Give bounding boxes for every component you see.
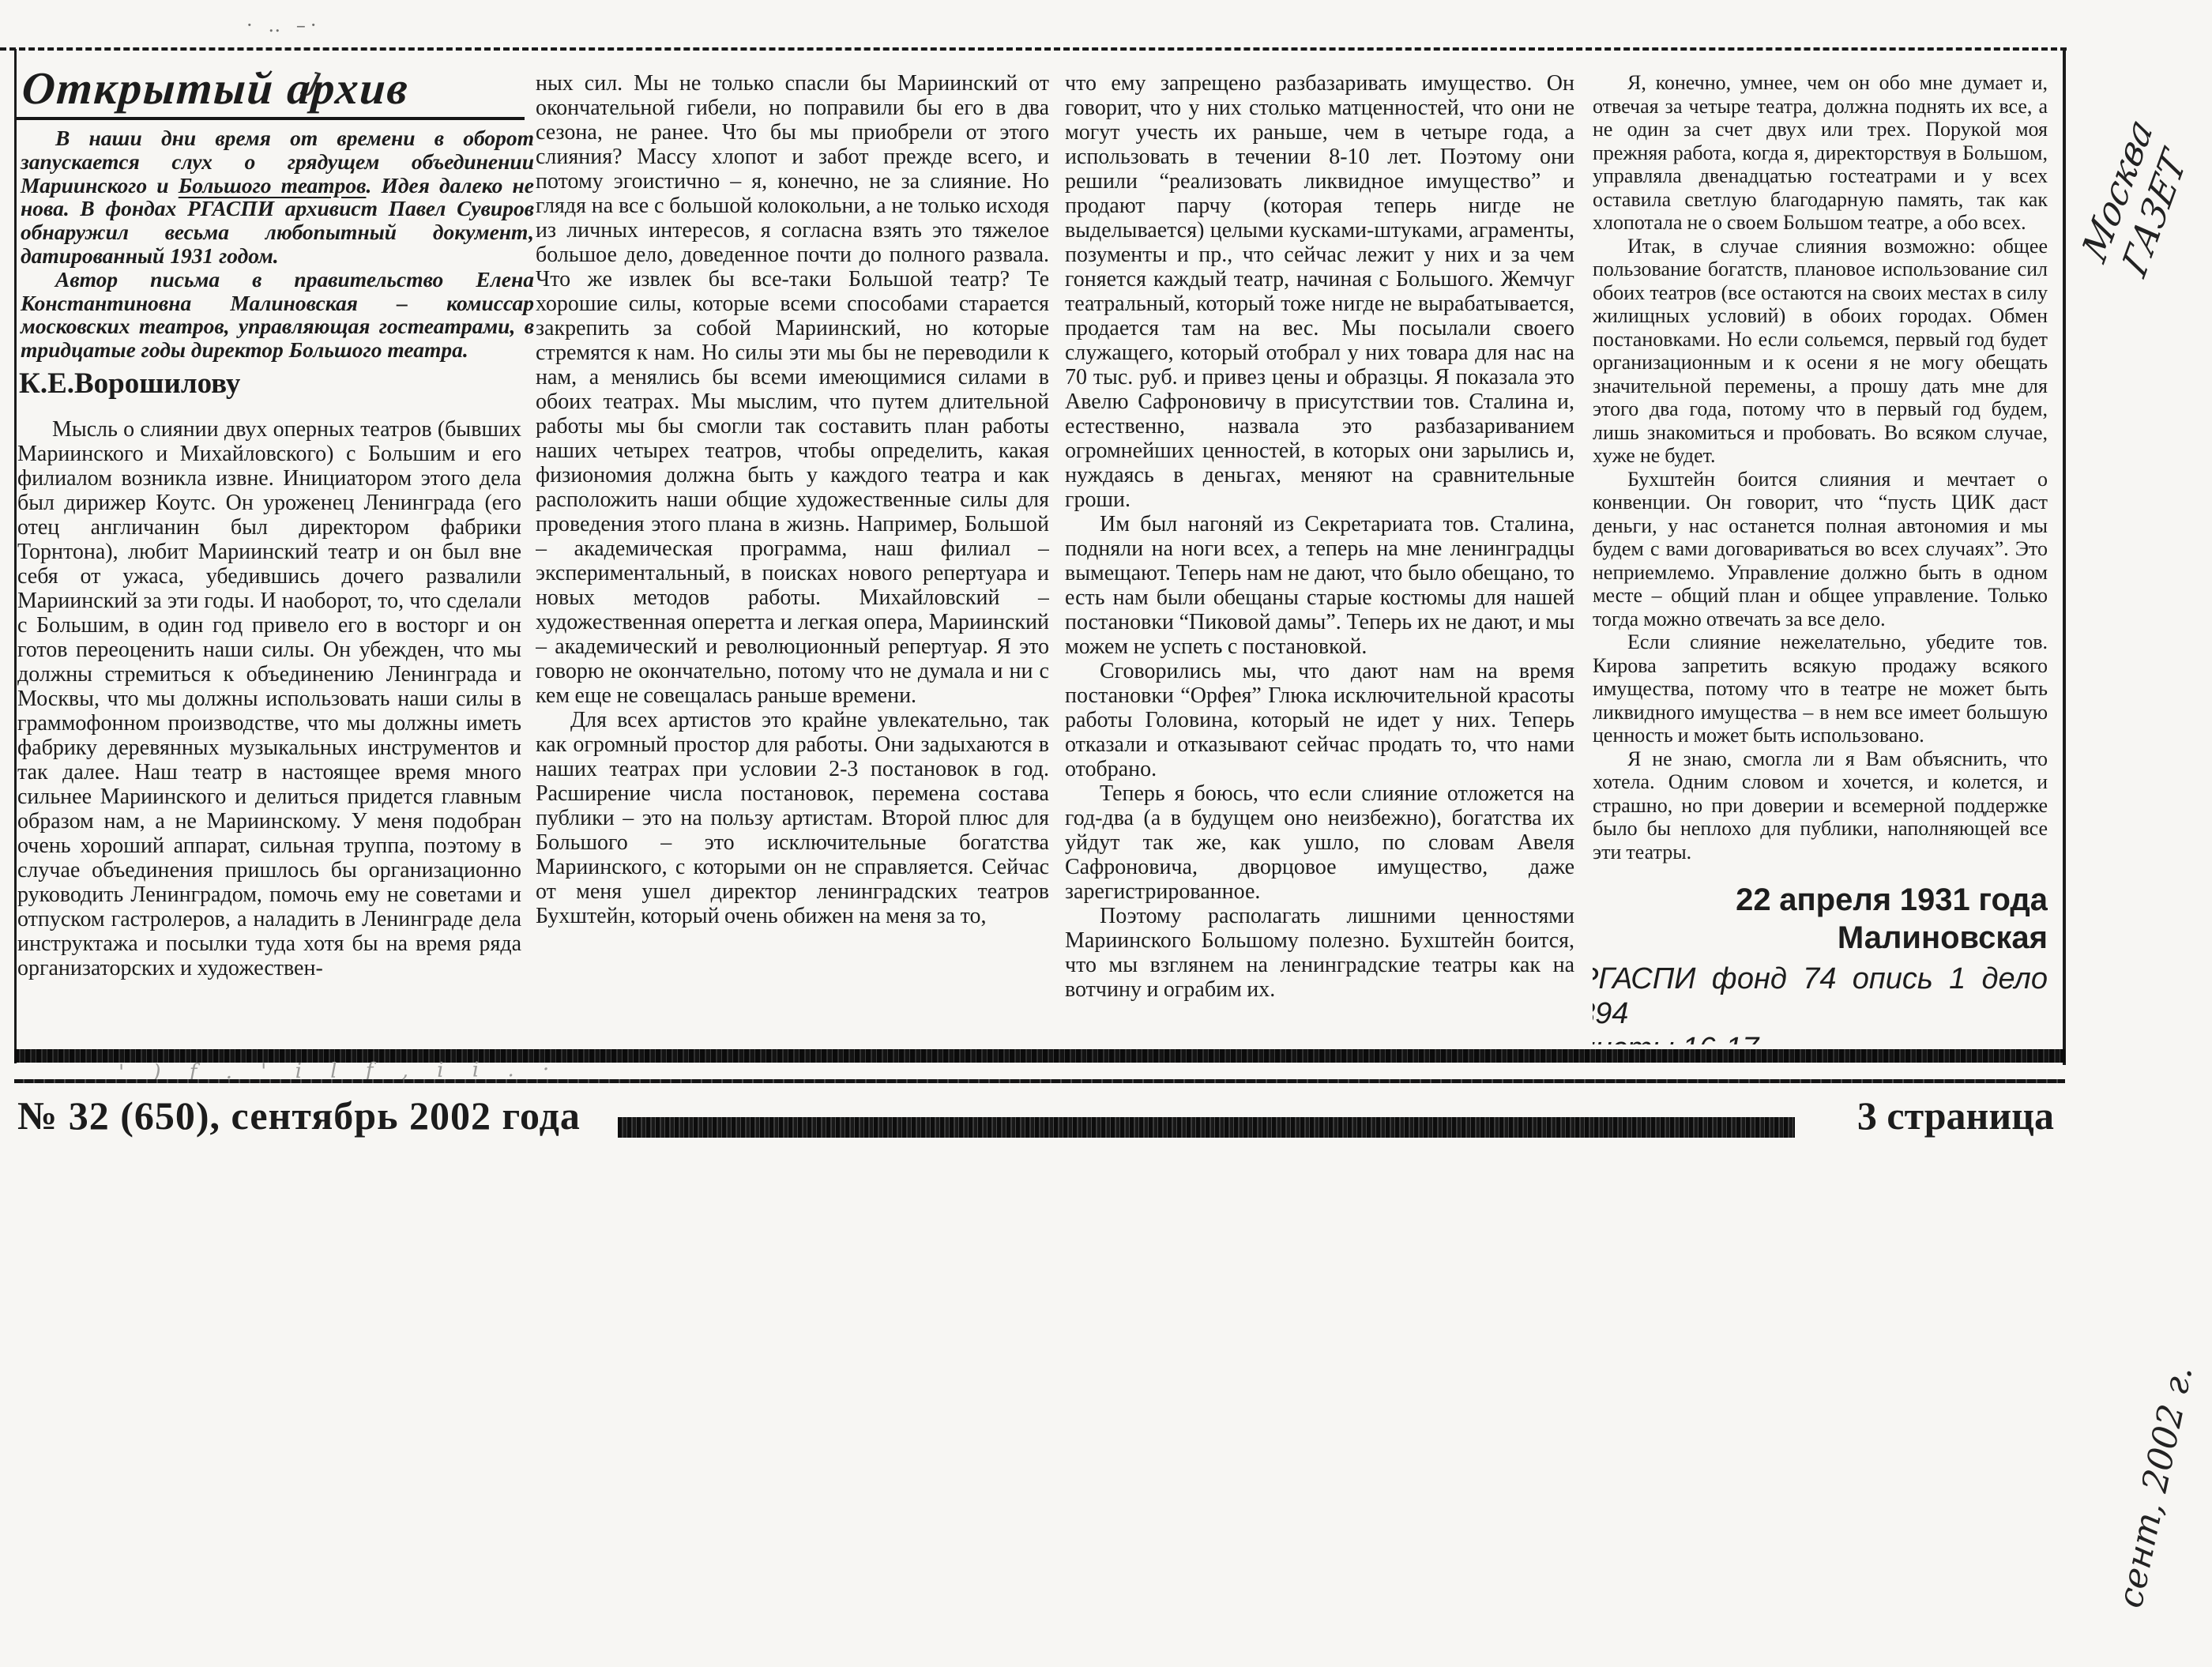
- footer-rule: [14, 1079, 2065, 1083]
- lede-p1-underlined: Большого театров: [179, 173, 367, 198]
- article-column-2: ных сил. Мы не только спасли бы Мариинск…: [536, 71, 1049, 1044]
- clipping-right-border: [2063, 49, 2066, 1065]
- paragraph: Итак, в случае слияния возможно: общее п…: [1593, 235, 2048, 468]
- handwritten-note-top: Москва ГАЗЕТ: [2073, 0, 2212, 280]
- paragraph: Если слияние нежелательно, убедите тов. …: [1593, 630, 2048, 747]
- paragraph: Я, конечно, умнее, чем он обо мне думает…: [1593, 71, 2048, 235]
- footer-noise-band: [618, 1117, 1795, 1138]
- paragraph: ных сил. Мы не только спасли бы Мариинск…: [536, 71, 1049, 708]
- letter-signature: Малиновская: [1593, 919, 2048, 957]
- title-underline-rule: [16, 117, 525, 120]
- paragraph: Им был нагоняй из Секретариата тов. Стал…: [1065, 512, 1574, 659]
- letter-date: 22 апреля 1931 года: [1593, 881, 2048, 919]
- article-column-3: что ему запрещено разбазаривать имуществ…: [1065, 71, 1574, 1044]
- lede-paragraph-2: Автор письма в правительство Елена Конст…: [21, 268, 534, 362]
- paragraph: Я не знаю, смогла ли я Вам объяснить, чт…: [1593, 747, 2048, 864]
- issue-line: № 32 (650), сентябрь 2002 года: [17, 1093, 697, 1138]
- letter-addressee-heading: К.Е.Ворошилову: [19, 368, 240, 400]
- archive-reference: РГАСПИ фонд 74 опись 1 дело 394 листы 16…: [1593, 961, 2048, 1044]
- clipping-left-border: [14, 49, 17, 1063]
- paragraph: Сговорились мы, что дают нам на время по…: [1065, 659, 1574, 781]
- article-column-4: Я, конечно, умнее, чем он обо мне думает…: [1593, 71, 2048, 1044]
- paragraph: Теперь я боюсь, что если слияние отложет…: [1065, 781, 1574, 904]
- archive-reference-line-2: листы 16-17: [1593, 1031, 2048, 1044]
- scanned-newspaper-page: · ‥ –· ȷ Открытый архив В наши дни время…: [0, 0, 2212, 1667]
- scan-speck-marks: · ‥ –·: [246, 14, 322, 36]
- section-title: Открытый архив: [21, 63, 529, 114]
- paragraph: Мысль о слиянии двух оперных театров (бы…: [17, 417, 521, 980]
- paragraph: Для всех артистов это крайне увлекательн…: [536, 708, 1049, 928]
- clipping-top-border: [0, 47, 2067, 51]
- paragraph: Поэтому располагать лишними ценностями М…: [1065, 904, 1574, 1002]
- paragraph: что ему запрещено разбазаривать имуществ…: [1065, 71, 1574, 512]
- article-column-1: Мысль о слиянии двух оперных театров (бы…: [17, 417, 521, 1040]
- lede-paragraph-1: В наши дни время от времени в оборот зап…: [21, 126, 534, 268]
- archive-reference-line-1: РГАСПИ фонд 74 опись 1 дело 394: [1593, 961, 2048, 1031]
- paragraph: Бухштейн боится слияния и мечтает о конв…: [1593, 468, 2048, 631]
- page-number-label: 3 страница: [1809, 1093, 2054, 1138]
- handwritten-note-bottom: сент, 2002 г.: [2109, 1262, 2212, 1612]
- lede-paragraphs: В наши дни время от времени в оборот зап…: [21, 126, 534, 362]
